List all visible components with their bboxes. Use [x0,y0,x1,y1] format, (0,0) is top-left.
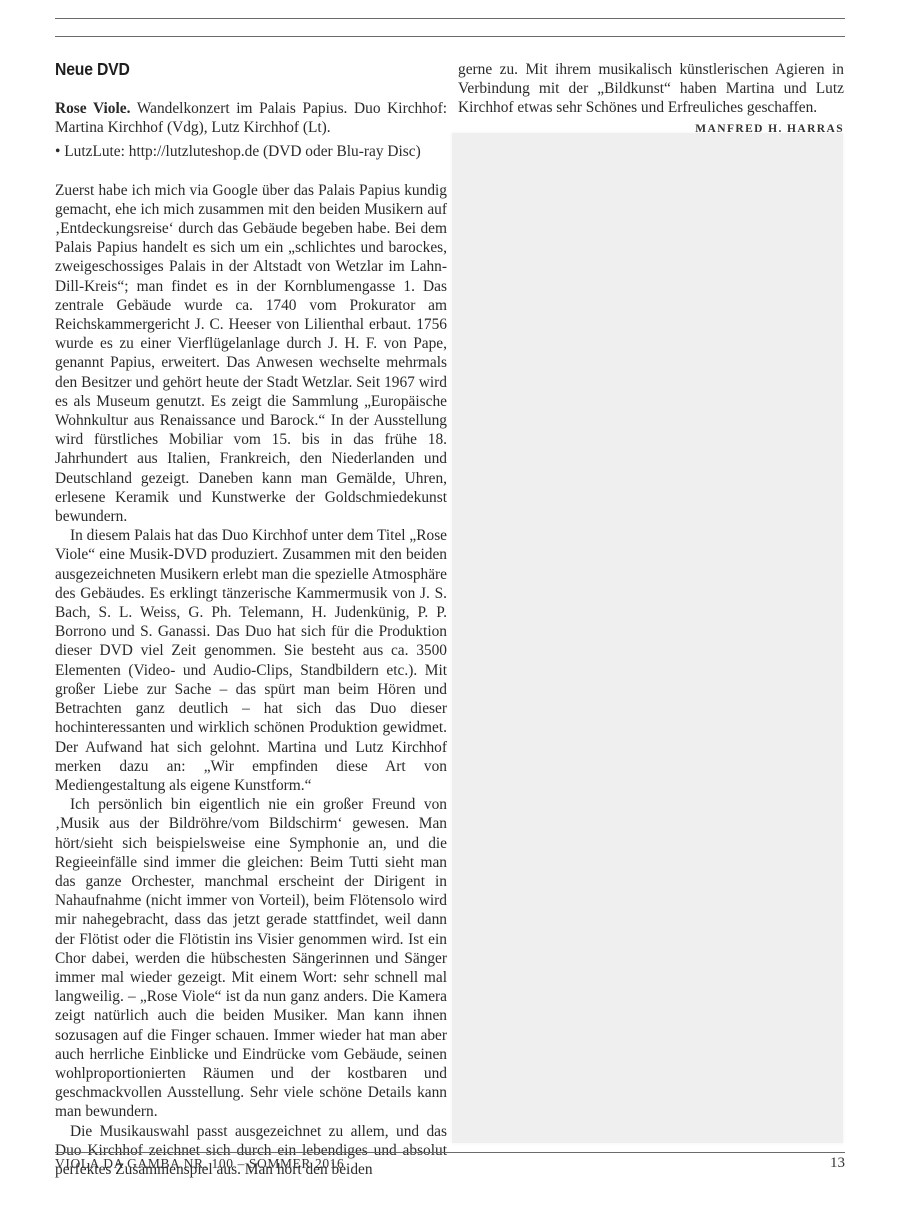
header-rule-bottom [55,36,845,37]
paragraph-3: Ich persönlich bin eigentlich nie ein gr… [55,795,447,1121]
article-body: Zuerst habe ich mich via Google über das… [55,181,447,1180]
paragraph-2: In diesem Palais hat das Duo Kirchhof un… [55,526,447,795]
paragraph-1: Zuerst habe ich mich via Google über das… [55,181,447,527]
dvd-title: Rose Viole. [55,100,130,117]
section-heading: Neue DVD [55,58,408,80]
paragraph-continuation: gerne zu. Mit ihrem musikalisch künstler… [458,60,844,118]
shop-link-line[interactable]: • LutzLute: http://lutzluteshop.de (DVD … [55,142,447,161]
left-column: Neue DVD Rose Viole. Wandelkonzert im Pa… [55,58,447,1179]
review-intro: Rose Viole. Wandelkonzert im Palais Papi… [55,99,447,137]
page-number: 13 [830,1155,845,1172]
footer-publication: VIOLA DA GAMBA NR. 100 – SOMMER 2016 [55,1156,344,1172]
blank-gray-panel [452,133,843,1143]
right-column: gerne zu. Mit ihrem musikalisch künstler… [458,60,844,139]
footer-rule [55,1152,845,1153]
header-rule-top [55,18,845,19]
